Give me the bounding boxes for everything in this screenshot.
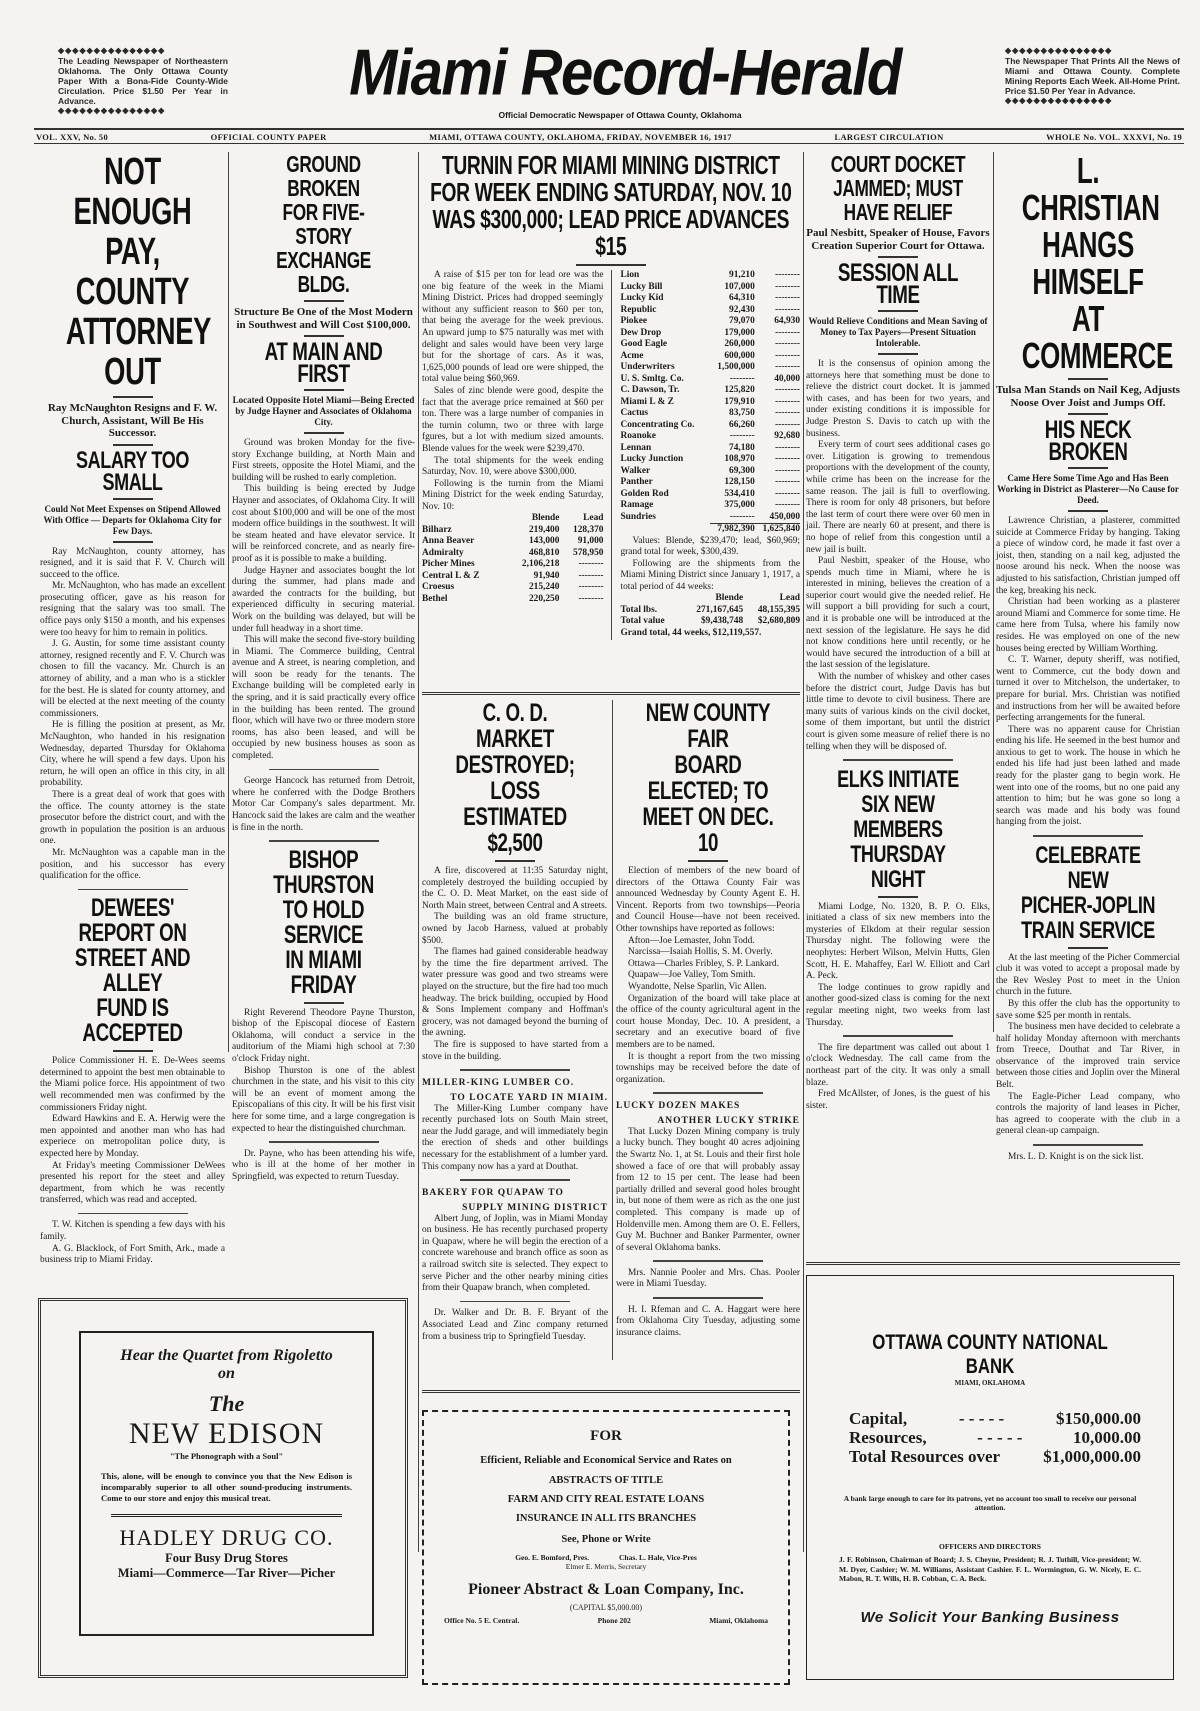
- lead-value: --------: [755, 500, 800, 512]
- figure-value: $1,000,000.00: [1043, 1447, 1141, 1466]
- brief-headline: TO LOCATE YARD IN MIAIM.: [422, 1092, 608, 1104]
- lead-value: --------: [559, 559, 603, 571]
- brief-item: The fire department was called out about…: [806, 1043, 990, 1089]
- headline-line: TRAIN SERVICE: [1019, 918, 1157, 943]
- blende-value: 143,000: [505, 536, 559, 548]
- article-exchange-building: GROUND BROKEN FOR FIVE-STORY EXCHANGE BL…: [232, 152, 415, 1183]
- paragraph: Ottawa—Charles Fribley, S. P. Lankard.: [616, 959, 800, 971]
- lead-value: 578,950: [559, 548, 603, 560]
- headline-line: PAY, COUNTY: [66, 232, 199, 312]
- table-row: Bethel220,250--------: [422, 594, 603, 606]
- lead-value: --------: [559, 571, 603, 583]
- blende-value: 69,300: [710, 466, 755, 478]
- dateline-bar: VOL. XXV, No. 50 OFFICIAL COUNTY PAPER M…: [34, 128, 1184, 144]
- blende-value: 64,310: [710, 293, 755, 305]
- lead-value: --------: [755, 293, 800, 305]
- table-row: Republic92,430--------: [620, 305, 800, 317]
- lead-value: --------: [755, 305, 800, 317]
- table-header-row: Blende Lead: [422, 513, 603, 525]
- headline-line: EXCHANGE BLDG.: [255, 248, 392, 296]
- left-ear-box: ◆◆◆◆◆◆◆◆◆◆◆◆◆◆◆ The Leading Newspaper of…: [58, 46, 228, 116]
- headline-line: ATTORNEY OUT: [66, 312, 199, 392]
- section-rule: [422, 1390, 800, 1393]
- ad-headline: on: [101, 1365, 352, 1383]
- divider: [843, 1035, 953, 1037]
- headline-line: BOARD ELECTED; TO: [639, 752, 777, 804]
- headline-line: TO HOLD SERVICE: [255, 898, 392, 948]
- table-header: Blende: [505, 513, 559, 525]
- divider: [304, 432, 344, 434]
- table-cell: Total value: [620, 616, 680, 628]
- headline-line: PICHER-JOPLIN: [1019, 893, 1157, 918]
- company-name: Dew Drop: [620, 328, 709, 340]
- paragraph: A fire, discovered at 11:35 Saturday nig…: [422, 866, 608, 912]
- table-row: Croesus215,240--------: [422, 582, 603, 594]
- issue-date: MIAMI, OTTAWA COUNTY, OKLAHOMA, FRIDAY, …: [429, 132, 732, 142]
- divider: [78, 889, 188, 891]
- table-header: [620, 593, 680, 605]
- divider: [653, 1092, 763, 1094]
- article-train-service: CELEBRATE NEW PICHER-JOPLIN TRAIN SERVIC…: [996, 843, 1180, 1164]
- paragraph: Lawrence Christian, a plasterer, committ…: [996, 516, 1180, 597]
- deck: Ray McNaughton Resigns and F. W. Church,…: [40, 402, 225, 440]
- company-name: HADLEY DRUG CO.: [101, 1525, 352, 1551]
- blende-value: 66,260: [710, 420, 755, 432]
- phone-number: Phone 202: [598, 1616, 631, 1625]
- headline-line: C. O. D. MARKET: [445, 700, 585, 752]
- headline-line: NEW COUNTY FAIR: [639, 700, 777, 752]
- figure-value: $150,000.00: [1056, 1409, 1141, 1428]
- paragraph: Edward Hawkins and E. A. Herwig were the…: [40, 1114, 225, 1160]
- total-blende: 7,982,390: [710, 524, 755, 536]
- brief-item: Mrs. Nannie Pooler and Mrs. Chas. Pooler…: [616, 1268, 800, 1291]
- total-lead: 1,625,840: [755, 524, 800, 536]
- paragraph: By this offer the club has the opportuni…: [996, 999, 1180, 1022]
- headline-line: COURT DOCKET: [829, 152, 967, 176]
- paragraph: The building was an old frame structure,…: [422, 912, 608, 947]
- headline-line: FUND IS ACCEPTED: [63, 996, 202, 1046]
- officer: Geo. E. Bomford, Pres.: [515, 1553, 589, 1562]
- deck: Structure Be One of the Most Modern in S…: [232, 306, 415, 331]
- ad-headline: The: [101, 1391, 352, 1417]
- paragraph: Organization of the board will take plac…: [616, 994, 800, 1052]
- company-name: Concentrating Co.: [620, 420, 709, 432]
- table-row: Piokee79,07064,930: [620, 316, 800, 328]
- paragraph: The business men have decided to celebra…: [996, 1022, 1180, 1092]
- ad-inner-box: Hear the Quartet from Rigoletto on The N…: [79, 1331, 374, 1636]
- paragraph: At Friday's meeting Commissioner DeWees …: [40, 1161, 225, 1207]
- ear-dots: ◆◆◆◆◆◆◆◆◆◆◆◆◆◆◆: [1005, 96, 1180, 106]
- headline-line: GROUND BROKEN: [255, 152, 392, 200]
- paragraph: There was no apparent cause for Christia…: [996, 725, 1180, 829]
- blende-value: 128,150: [710, 477, 755, 489]
- brief-headline: BAKERY FOR QUAPAW TO: [422, 1187, 608, 1199]
- table-row: Walker69,300--------: [620, 466, 800, 478]
- divider: [304, 335, 344, 337]
- paragraph: Bishop Thurston is one of the ablest chu…: [232, 1066, 415, 1136]
- lead-value: --------: [559, 594, 603, 606]
- table-cell: 271,167,645: [680, 605, 743, 617]
- mining-right-column: Lion91,210--------Lucky Bill107,000-----…: [620, 270, 800, 640]
- subheadline: AT MAIN AND FIRST: [255, 341, 392, 385]
- table-row: Lion91,210--------: [620, 270, 800, 282]
- headline-line: AT COMMERCE: [1022, 300, 1154, 374]
- figure-label: Resources,: [849, 1428, 927, 1447]
- lead-value: --------: [755, 408, 800, 420]
- table-row: Central L & Z91,940--------: [422, 571, 603, 583]
- paragraph: There is a great deal of work that goes …: [40, 790, 225, 848]
- officers-heading: OFFICERS AND DIRECTORS: [839, 1542, 1141, 1551]
- article-county-attorney: NOT ENOUGH PAY, COUNTY ATTORNEY OUT Ray …: [40, 152, 225, 1267]
- table-cell: [620, 524, 709, 536]
- paragraph: Quapaw—Joe Valley, Tom Smith.: [616, 970, 800, 982]
- table-row: C. Dawson, Tr.125,820--------: [620, 385, 800, 397]
- paragraph: Right Reverend Theodore Payne Thurston, …: [232, 1008, 415, 1066]
- table-row: Acme600,000--------: [620, 351, 800, 363]
- headline-line: HAVE RELIEF: [829, 200, 967, 224]
- divider: [878, 256, 918, 258]
- paragraph: With the number of whiskey and other cas…: [806, 672, 990, 753]
- deck: Could Not Meet Expenses on Stipend Allow…: [40, 504, 225, 537]
- company-name: Admiralty: [422, 548, 505, 560]
- column-rule: [418, 152, 419, 1552]
- article-court-docket: COURT DOCKET JAMMED; MUST HAVE RELIEF Pa…: [806, 152, 990, 1112]
- divider: [653, 1297, 763, 1299]
- company-name: Sundries: [620, 512, 709, 524]
- figure-leader: - - - - -: [959, 1409, 1004, 1428]
- paragraph: He is filling the position at present, a…: [40, 720, 225, 790]
- since-jan-table: Blende Lead Total lbs. 271,167,645 48,15…: [620, 593, 800, 628]
- table-row: Ramage375,000--------: [620, 500, 800, 512]
- brief-item: Dr. Walker and Dr. B. F. Bryant of the A…: [422, 1308, 608, 1343]
- headline-line: ESTIMATED $2,500: [445, 804, 585, 856]
- blende-value: 534,410: [710, 489, 755, 501]
- bank-location: MIAMI, OKLAHOMA: [839, 1379, 1141, 1387]
- company-name: Lennan: [620, 443, 709, 455]
- divider: [113, 1050, 153, 1052]
- divider: [113, 541, 153, 543]
- mining-left-column: A raise of $15 per ton for lead ore was …: [422, 270, 603, 640]
- divider: [1033, 835, 1143, 837]
- bank-figures: Capital,- - - - -$150,000.00 Resources,-…: [849, 1409, 1141, 1466]
- company-name: Bilharz: [422, 525, 505, 537]
- divider: [113, 444, 153, 446]
- paragraph: Election of members of the new board of …: [616, 866, 800, 936]
- paragraph: At the last meeting of the Picher Commer…: [996, 953, 1180, 999]
- lead-value: --------: [755, 420, 800, 432]
- headline-line: HANGS HIMSELF: [1022, 226, 1154, 300]
- divider: [269, 840, 379, 842]
- divider: [1033, 1144, 1143, 1146]
- divider: [111, 1514, 342, 1517]
- table-header: Lead: [559, 513, 603, 525]
- brief-item: Mrs. L. D. Knight is on the sick list.: [996, 1152, 1180, 1164]
- article-mining-turnin: TURNIN FOR MIAMI MINING DISTRICT FOR WEE…: [422, 152, 800, 640]
- paragraph: Mr. McNaughton was a capable man in the …: [40, 848, 225, 883]
- paragraph: Judge Hayner and associates bought the l…: [232, 566, 415, 636]
- table-row: Concentrating Co.66,260--------: [620, 420, 800, 432]
- lead-value: --------: [755, 454, 800, 466]
- blende-value: 83,750: [710, 408, 755, 420]
- divider: [576, 264, 646, 266]
- headline-line: SIX NEW MEMBERS: [829, 792, 967, 842]
- paragraph: C. T. Warner, deputy sheriff, was notifi…: [996, 655, 1180, 725]
- headline-line: NOT ENOUGH: [66, 152, 199, 232]
- table-row: Dew Drop179,000--------: [620, 328, 800, 340]
- bank-slogan: We Solicit Your Banking Business: [839, 1609, 1141, 1626]
- table-total-row: 7,982,390 1,625,840: [620, 524, 800, 536]
- table-row: Lucky Bill107,000--------: [620, 282, 800, 294]
- subheadline: SESSION ALL TIME: [829, 262, 967, 306]
- officers-list: J. F. Robinson, Chairman of Board; J. S.…: [839, 1555, 1141, 1584]
- ad-contact: See, Phone or Write: [434, 1534, 778, 1545]
- table-cell: 48,155,395: [743, 605, 800, 617]
- headline-line: L. CHRISTIAN: [1022, 152, 1154, 226]
- ear-right-text: The Newspaper That Prints All the News o…: [1005, 56, 1180, 96]
- column-rule: [612, 700, 613, 1360]
- paragraph: Narcissa—Isaiah Hollis, S. M. Overly.: [616, 947, 800, 959]
- article-cod-market: C. O. D. MARKET DESTROYED; LOSS ESTIMATE…: [422, 700, 608, 1343]
- paragraph: The total shipments for the week ending …: [422, 456, 603, 479]
- table-row: Lennan74,180--------: [620, 443, 800, 455]
- bank-name: OTTAWA COUNTY NATIONAL BANK: [869, 1331, 1111, 1379]
- divider: [78, 1213, 188, 1215]
- table-cell: Total lbs.: [620, 605, 680, 617]
- company-name: C. Dawson, Tr.: [620, 385, 709, 397]
- lead-value: --------: [755, 270, 800, 282]
- volume-number: VOL. XXV, No. 50: [36, 132, 108, 142]
- figure-row: Capital,- - - - -$150,000.00: [849, 1409, 1141, 1428]
- blende-value: 108,970: [710, 454, 755, 466]
- blende-value: 91,210: [710, 270, 755, 282]
- divider: [1068, 378, 1108, 380]
- headline-line: DESTROYED; LOSS: [445, 752, 585, 804]
- article-bishop-thurston: BISHOP THURSTON TO HOLD SERVICE IN MIAMI…: [232, 848, 415, 1184]
- divider: [495, 860, 535, 862]
- column-rule: [803, 152, 804, 1552]
- blende-value: 260,000: [710, 339, 755, 351]
- table-header-row: Blende Lead: [620, 593, 800, 605]
- blende-value: 74,180: [710, 443, 755, 455]
- company-capital: (CAPITAL $5,000.00): [434, 1603, 778, 1612]
- blende-value: 92,430: [710, 305, 755, 317]
- blende-value: --------: [710, 512, 755, 524]
- company-name: Walker: [620, 466, 709, 478]
- company-name: Picher Mines: [422, 559, 505, 571]
- divider: [1068, 947, 1108, 949]
- paragraph: It is the consensus of opinion among the…: [806, 359, 990, 440]
- blende-value: 375,000: [710, 500, 755, 512]
- table-row: Lucky Junction108,970--------: [620, 454, 800, 466]
- company-name: Acme: [620, 351, 709, 363]
- company-name: Underwriters: [620, 362, 709, 374]
- company-name: Piokee: [620, 316, 709, 328]
- deck: Paul Nesbitt, Speaker of House, Favors C…: [806, 227, 990, 252]
- ad-hadley-edison: Hear the Quartet from Rigoletto on The N…: [38, 1298, 408, 1678]
- blende-value: 220,250: [505, 594, 559, 606]
- ad-body: Efficient, Reliable and Economical Servi…: [434, 1455, 778, 1466]
- ad-headline: Hear the Quartet from Rigoletto: [101, 1347, 352, 1365]
- company-name: Cactus: [620, 408, 709, 420]
- lead-value: --------: [755, 282, 800, 294]
- company-name: Miami L & Z: [620, 397, 709, 409]
- right-ear-box: ◆◆◆◆◆◆◆◆◆◆◆◆◆◆◆ The Newspaper That Print…: [1005, 46, 1180, 106]
- blende-value: 107,000: [710, 282, 755, 294]
- circulation-label: LARGEST CIRCULATION: [834, 132, 943, 142]
- lead-value: 92,680: [755, 431, 800, 443]
- table-row: Good Eagle260,000--------: [620, 339, 800, 351]
- headline-line: WAS $300,000; LEAD PRICE ADVANCES $15: [422, 206, 800, 260]
- brief-headline: SUPPLY MINING DISTRICT: [422, 1202, 608, 1214]
- company-name: Anna Beaver: [422, 536, 505, 548]
- lead-value: --------: [755, 351, 800, 363]
- ear-dots: ◆◆◆◆◆◆◆◆◆◆◆◆◆◆◆: [58, 106, 228, 116]
- headline-line: FOR WEEK ENDING SATURDAY, NOV. 10: [422, 179, 800, 206]
- address-row: Office No. 5 E. Central. Phone 202 Miami…: [434, 1616, 778, 1625]
- brief-item: A. G. Blacklock, of Fort Smith, Ark., ma…: [40, 1244, 225, 1267]
- deck: Tulsa Man Stands on Nail Keg, Adjusts No…: [996, 384, 1180, 409]
- ad-pioneer-abstract: FOR Efficient, Reliable and Economical S…: [422, 1410, 790, 1685]
- newspaper-title: Miami Record-Herald: [285, 34, 965, 112]
- table-row: U. S. Smltg. Co.--------40,000: [620, 374, 800, 386]
- blende-value: 219,400: [505, 525, 559, 537]
- paragraph: The fire is supposed to have started fro…: [422, 1040, 608, 1063]
- divider: [878, 896, 918, 898]
- company-name: Republic: [620, 305, 709, 317]
- grand-total: Grand total, 44 weeks, $12,119,557.: [620, 628, 800, 640]
- ad-body: This, alone, will be enough to convince …: [101, 1471, 352, 1504]
- divider: [878, 353, 918, 355]
- blende-value: 1,500,000: [710, 362, 755, 374]
- lead-value: --------: [755, 328, 800, 340]
- office-address: Office No. 5 E. Central.: [444, 1616, 519, 1625]
- paragraph: Police Commissioner H. E. De-Wees seems …: [40, 1056, 225, 1114]
- lead-value: --------: [755, 466, 800, 478]
- table-row: Underwriters1,500,000--------: [620, 362, 800, 374]
- article-county-fair: NEW COUNTY FAIR BOARD ELECTED; TO MEET O…: [616, 700, 800, 1339]
- table-header: Lead: [743, 593, 800, 605]
- divider: [460, 1301, 570, 1303]
- ad-ottawa-bank: OTTAWA COUNTY NATIONAL BANK MIAMI, OKLAH…: [806, 1275, 1174, 1680]
- lead-value: 64,930: [755, 316, 800, 328]
- table-cell: $2,680,809: [743, 616, 800, 628]
- ear-left-text: The Leading Newspaper of Northeastern Ok…: [58, 56, 228, 106]
- brief-headline: MILLER-KING LUMBER CO.: [422, 1077, 608, 1089]
- lead-value: --------: [559, 582, 603, 594]
- company-name: Golden Rod: [620, 489, 709, 501]
- paragraph: Mr. McNaughton, who has made an excellen…: [40, 581, 225, 639]
- lead-value: --------: [755, 362, 800, 374]
- figure-label: Total Resources over: [849, 1447, 1000, 1466]
- paragraph: Miami Lodge, No. 1320, B. P. O. Elks, in…: [806, 902, 990, 983]
- company-name: Lucky Junction: [620, 454, 709, 466]
- turnin-table-left: Blende Lead Bilharz219,400128,370Anna Be…: [422, 513, 603, 605]
- blende-value: 179,000: [710, 328, 755, 340]
- ear-dots: ◆◆◆◆◆◆◆◆◆◆◆◆◆◆◆: [58, 46, 228, 56]
- lead-value: 91,000: [559, 536, 603, 548]
- paragraph: Christian had been working as a plastere…: [996, 597, 1180, 655]
- table-row: Total value $9,438,748 $2,680,809: [620, 616, 800, 628]
- article-elks: ELKS INITIATE SIX NEW MEMBERS THURSDAY N…: [806, 767, 990, 1113]
- headline-line: CELEBRATE NEW: [1019, 843, 1157, 893]
- article-christian-suicide: L. CHRISTIAN HANGS HIMSELF AT COMMERCE T…: [996, 152, 1180, 1163]
- table-row: Anna Beaver143,00091,000: [422, 536, 603, 548]
- table-row: Bilharz219,400128,370: [422, 525, 603, 537]
- brief-headline: ANOTHER LUCKY STRIKE: [616, 1115, 800, 1127]
- newspaper-subtitle: Official Democratic Newspaper of Ottawa …: [340, 110, 900, 120]
- paragraph: Ground was broken Monday for the five-st…: [232, 438, 415, 484]
- blende-value: 179,910: [710, 397, 755, 409]
- brief-item: Dr. Payne, who has been attending his wi…: [232, 1149, 415, 1184]
- service-item: ABSTRACTS OF TITLE: [434, 1471, 778, 1490]
- blende-value: 468,810: [505, 548, 559, 560]
- paragraph: Following are the shipments from the Mia…: [620, 559, 800, 594]
- divider: [1068, 413, 1108, 415]
- company-name: Good Eagle: [620, 339, 709, 351]
- divider: [113, 396, 153, 398]
- headline-line: THURSDAY NIGHT: [829, 842, 967, 892]
- table-row: Miami L & Z179,910--------: [620, 397, 800, 409]
- paragraph: Values: Blende, $239,470; lead, $60,969;…: [620, 536, 800, 559]
- officer: Chas. L. Hale, Vice-Pres: [619, 1553, 697, 1562]
- divider: [113, 498, 153, 500]
- company-name: Lion: [620, 270, 709, 282]
- lead-value: --------: [755, 443, 800, 455]
- divider: [304, 300, 344, 302]
- divider: [688, 860, 728, 862]
- service-item: INSURANCE IN ALL ITS BRANCHES: [434, 1509, 778, 1528]
- headline-line: FOR FIVE-STORY: [255, 200, 392, 248]
- brief-item: Fred McAllster, of Jones, is the guest o…: [806, 1089, 990, 1112]
- paragraph: J. G. Austin, for some time assistant co…: [40, 639, 225, 720]
- brief-item: George Hancock has returned from Detroit…: [232, 776, 415, 834]
- headline-line: JAMMED; MUST: [829, 176, 967, 200]
- figure-label: Capital,: [849, 1409, 907, 1428]
- paragraph: Paul Nesbitt, speaker of the House, who …: [806, 556, 990, 672]
- table-row: Picher Mines2,106,218--------: [422, 559, 603, 571]
- paragraph: This will make the second five-story bui…: [232, 635, 415, 763]
- paragraph: The flames had gained considerable headw…: [422, 947, 608, 1040]
- blende-value: --------: [710, 431, 755, 443]
- divider: [304, 1002, 344, 1004]
- headline-line: IN MIAMI FRIDAY: [255, 948, 392, 998]
- turnin-table-right: Lion91,210--------Lucky Bill107,000-----…: [620, 270, 800, 536]
- table-row: Roanoke--------92,680: [620, 431, 800, 443]
- officers-row: Geo. E. Bomford, Pres. Chas. L. Hale, Vi…: [434, 1553, 778, 1562]
- paragraph: Afton—Joe Lemaster, John Todd.: [616, 936, 800, 948]
- paragraph: The lodge continues to grow rapidly and …: [806, 983, 990, 1029]
- blende-value: 79,070: [710, 316, 755, 328]
- table-row: Panther128,150--------: [620, 477, 800, 489]
- paragraph: This building is being erected by Judge …: [232, 484, 415, 565]
- blende-value: 125,820: [710, 385, 755, 397]
- paragraph: Sales of zinc blende were good, despite …: [422, 386, 603, 456]
- deck: Located Opposite Hotel Miami—Being Erect…: [232, 395, 415, 428]
- deck: Would Relieve Conditions and Mean Saving…: [806, 316, 990, 349]
- lead-value: --------: [755, 339, 800, 351]
- section-rule: [422, 692, 800, 695]
- newspaper-page: ◆◆◆◆◆◆◆◆◆◆◆◆◆◆◆ The Leading Newspaper of…: [0, 0, 1200, 1711]
- section-rule: [806, 1262, 1180, 1265]
- whole-number: WHOLE No. VOL. XXXVI, No. 19: [1046, 132, 1182, 142]
- divider: [843, 759, 953, 761]
- table-cell: $9,438,748: [680, 616, 743, 628]
- headline-line: TURNIN FOR MIAMI MINING DISTRICT: [422, 152, 800, 179]
- company-name: U. S. Smltg. Co.: [620, 374, 709, 386]
- divider: [653, 1260, 763, 1262]
- deck: Came Here Some Time Ago and Has Been Wor…: [996, 473, 1180, 506]
- headline-line: ELKS INITIATE: [829, 767, 967, 792]
